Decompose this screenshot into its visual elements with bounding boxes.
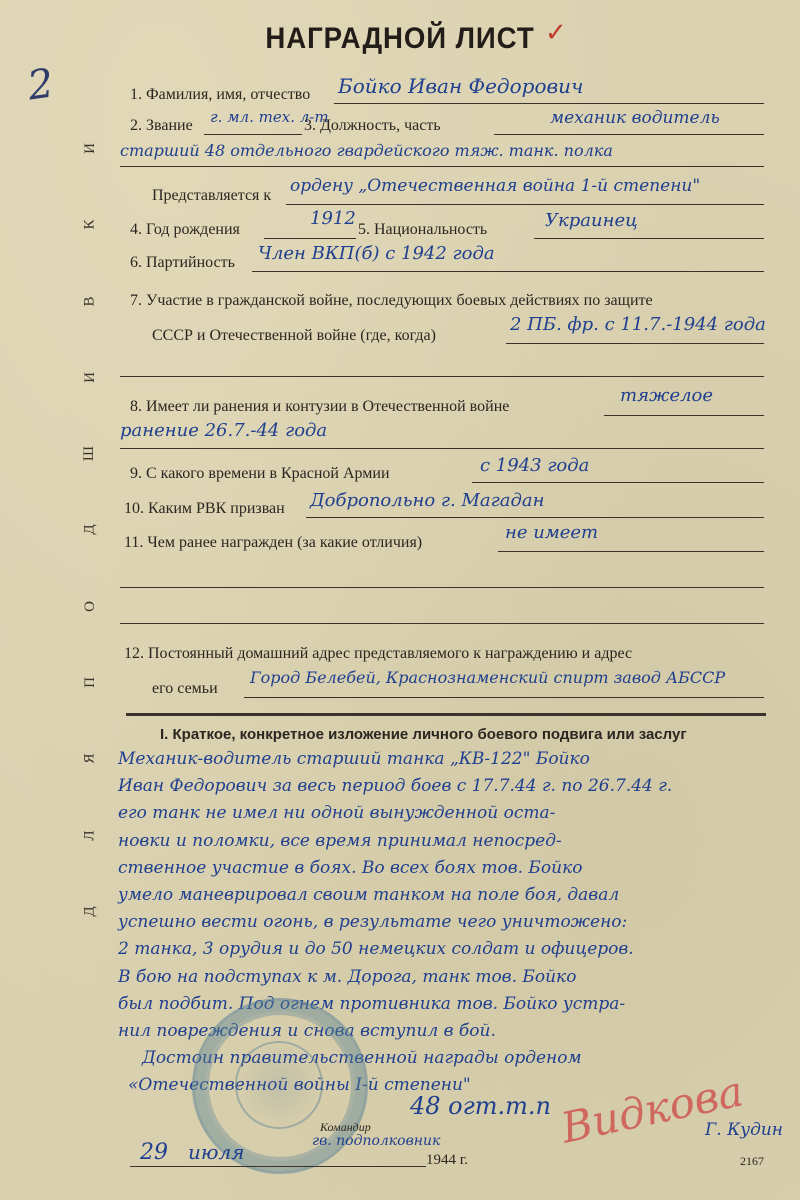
presented-underline (286, 204, 764, 205)
narrative-line: Механик-водитель старший танка „КВ-122" … (118, 746, 798, 773)
side-letter: И (82, 143, 99, 154)
field-1-underline (334, 103, 764, 104)
field-12-label-2: его семьи (152, 680, 218, 698)
field-10-underline (306, 517, 764, 518)
presented-label: Представляется к (152, 187, 271, 205)
field-8-value: тяжелое (620, 385, 713, 406)
field-4-label: 4. Год рождения (130, 221, 240, 239)
signer-name: Г. Кудин (705, 1120, 783, 1140)
field-3-underline-2 (120, 166, 764, 167)
presented-value: ордену „Отечественная война 1-й степени" (290, 176, 700, 196)
award-sheet: 2 НАГРАДНОЙ ЛИСТ ✓ Д Л Я П О Д Ш И В К И… (0, 0, 800, 1200)
field-2-label: 2. Звание (130, 117, 193, 135)
field-7-underline-2 (120, 376, 764, 377)
narrative-line: новки и поломки, все время принимал непо… (118, 828, 798, 855)
field-9-value: с 1943 года (480, 455, 589, 476)
field-10-label: 10. Каким РВК призван (124, 500, 285, 518)
side-letter: Д (81, 525, 98, 535)
narrative-line: 2 танка, 3 орудия и до 50 немецких солда… (118, 936, 798, 963)
field-6-label: 6. Партийность (130, 254, 235, 272)
narrative-line: Иван Федорович за весь период боев с 17.… (118, 773, 798, 800)
side-letter: Л (82, 830, 99, 840)
narrative-line: ственное участие в боях. Во всех боях то… (118, 855, 798, 882)
field-3-value-line2: старший 48 отдельного гвардейского тяж. … (120, 141, 613, 160)
field-12-value: Город Белебей, Краснознаменский спирт за… (250, 668, 725, 687)
field-4-underline (264, 238, 356, 239)
commander-rank: гв. подполковник (312, 1133, 440, 1149)
field-9-underline (472, 482, 764, 483)
field-7-underline (506, 343, 764, 344)
field-5-value: Украинец (545, 210, 638, 231)
field-2-underline (204, 134, 302, 135)
stamp-emblem-icon (235, 1041, 323, 1129)
field-8-underline-2 (120, 448, 764, 449)
document-title: НАГРАДНОЙ ЛИСТ (32, 22, 768, 56)
narrative-line: его танк не имел ни одной вынужденной ос… (118, 800, 798, 827)
field-7-label-1: 7. Участие в гражданской войне, последую… (130, 292, 653, 310)
unit-signature: 48 огт.т.п (410, 1092, 551, 1120)
narrative-line: был подбит. Под огнем противника тов. Бо… (118, 991, 798, 1018)
side-letter: Д (81, 906, 98, 916)
field-5-underline (534, 238, 764, 239)
check-mark-icon: ✓ (545, 18, 567, 48)
field-9-label: 9. С какого времени в Красной Армии (130, 465, 390, 483)
margin-number: 2 (25, 60, 57, 109)
date-underline (130, 1166, 426, 1167)
narrative-line: успешно вести огонь, в результате чего у… (118, 909, 798, 936)
field-3-underline (494, 134, 764, 135)
section-heading: I. Краткое, конкретное изложение личного… (160, 726, 687, 743)
date-day: 29 (140, 1140, 168, 1165)
side-letter: П (82, 677, 99, 688)
side-letter: Ш (81, 446, 98, 461)
field-11-value: не имеет (505, 522, 598, 543)
field-5-label: 5. Национальность (358, 221, 487, 239)
narrative-line: умело маневрировал своим танком на поле … (118, 882, 798, 909)
field-6-value: Член ВКП(б) с 1942 года (258, 243, 495, 264)
field-7-value: 2 ПБ. фр. с 11.7.-1944 года (510, 314, 766, 335)
field-11-underline (498, 551, 764, 552)
field-3-value: механик водитель (550, 108, 720, 128)
field-8-value-line2: ранение 26.7.-44 года (120, 420, 327, 441)
side-letter: О (82, 601, 99, 612)
side-letter: Я (81, 754, 98, 764)
field-4-value: 1912 (310, 208, 356, 229)
narrative-line: В бою на подступах к м. Дорога, танк тов… (118, 964, 798, 991)
date-year: 1944 г. (426, 1152, 468, 1169)
field-12-underline (244, 697, 764, 698)
field-7-label-2: СССР и Отечественной войне (где, когда) (152, 327, 436, 345)
field-3-label: 3. Должность, часть (304, 117, 441, 135)
field-11-underline-3 (120, 623, 764, 624)
field-1-label: 1. Фамилия, имя, отчество (130, 86, 310, 104)
side-label-for-binding: Д Л Я П О Д Ш И В К И (80, 140, 100, 920)
page-number: 2167 (740, 1154, 764, 1169)
field-12-label-1: 12. Постоянный домашний адрес представля… (124, 645, 632, 663)
section-divider (126, 713, 766, 716)
side-letter: В (81, 296, 98, 306)
side-letter: И (82, 372, 99, 383)
field-8-label: 8. Имеет ли ранения и контузии в Отечест… (130, 398, 509, 416)
field-11-label: 11. Чем ранее награжден (за какие отличи… (124, 534, 422, 552)
field-10-value: Добропольно г. Магадан (310, 490, 544, 511)
field-8-underline (604, 415, 764, 416)
side-letter: К (81, 220, 98, 230)
field-1-value: Бойко Иван Федорович (338, 74, 583, 98)
field-11-underline-2 (120, 587, 764, 588)
field-6-underline (252, 271, 764, 272)
date-month: июля (188, 1140, 244, 1164)
